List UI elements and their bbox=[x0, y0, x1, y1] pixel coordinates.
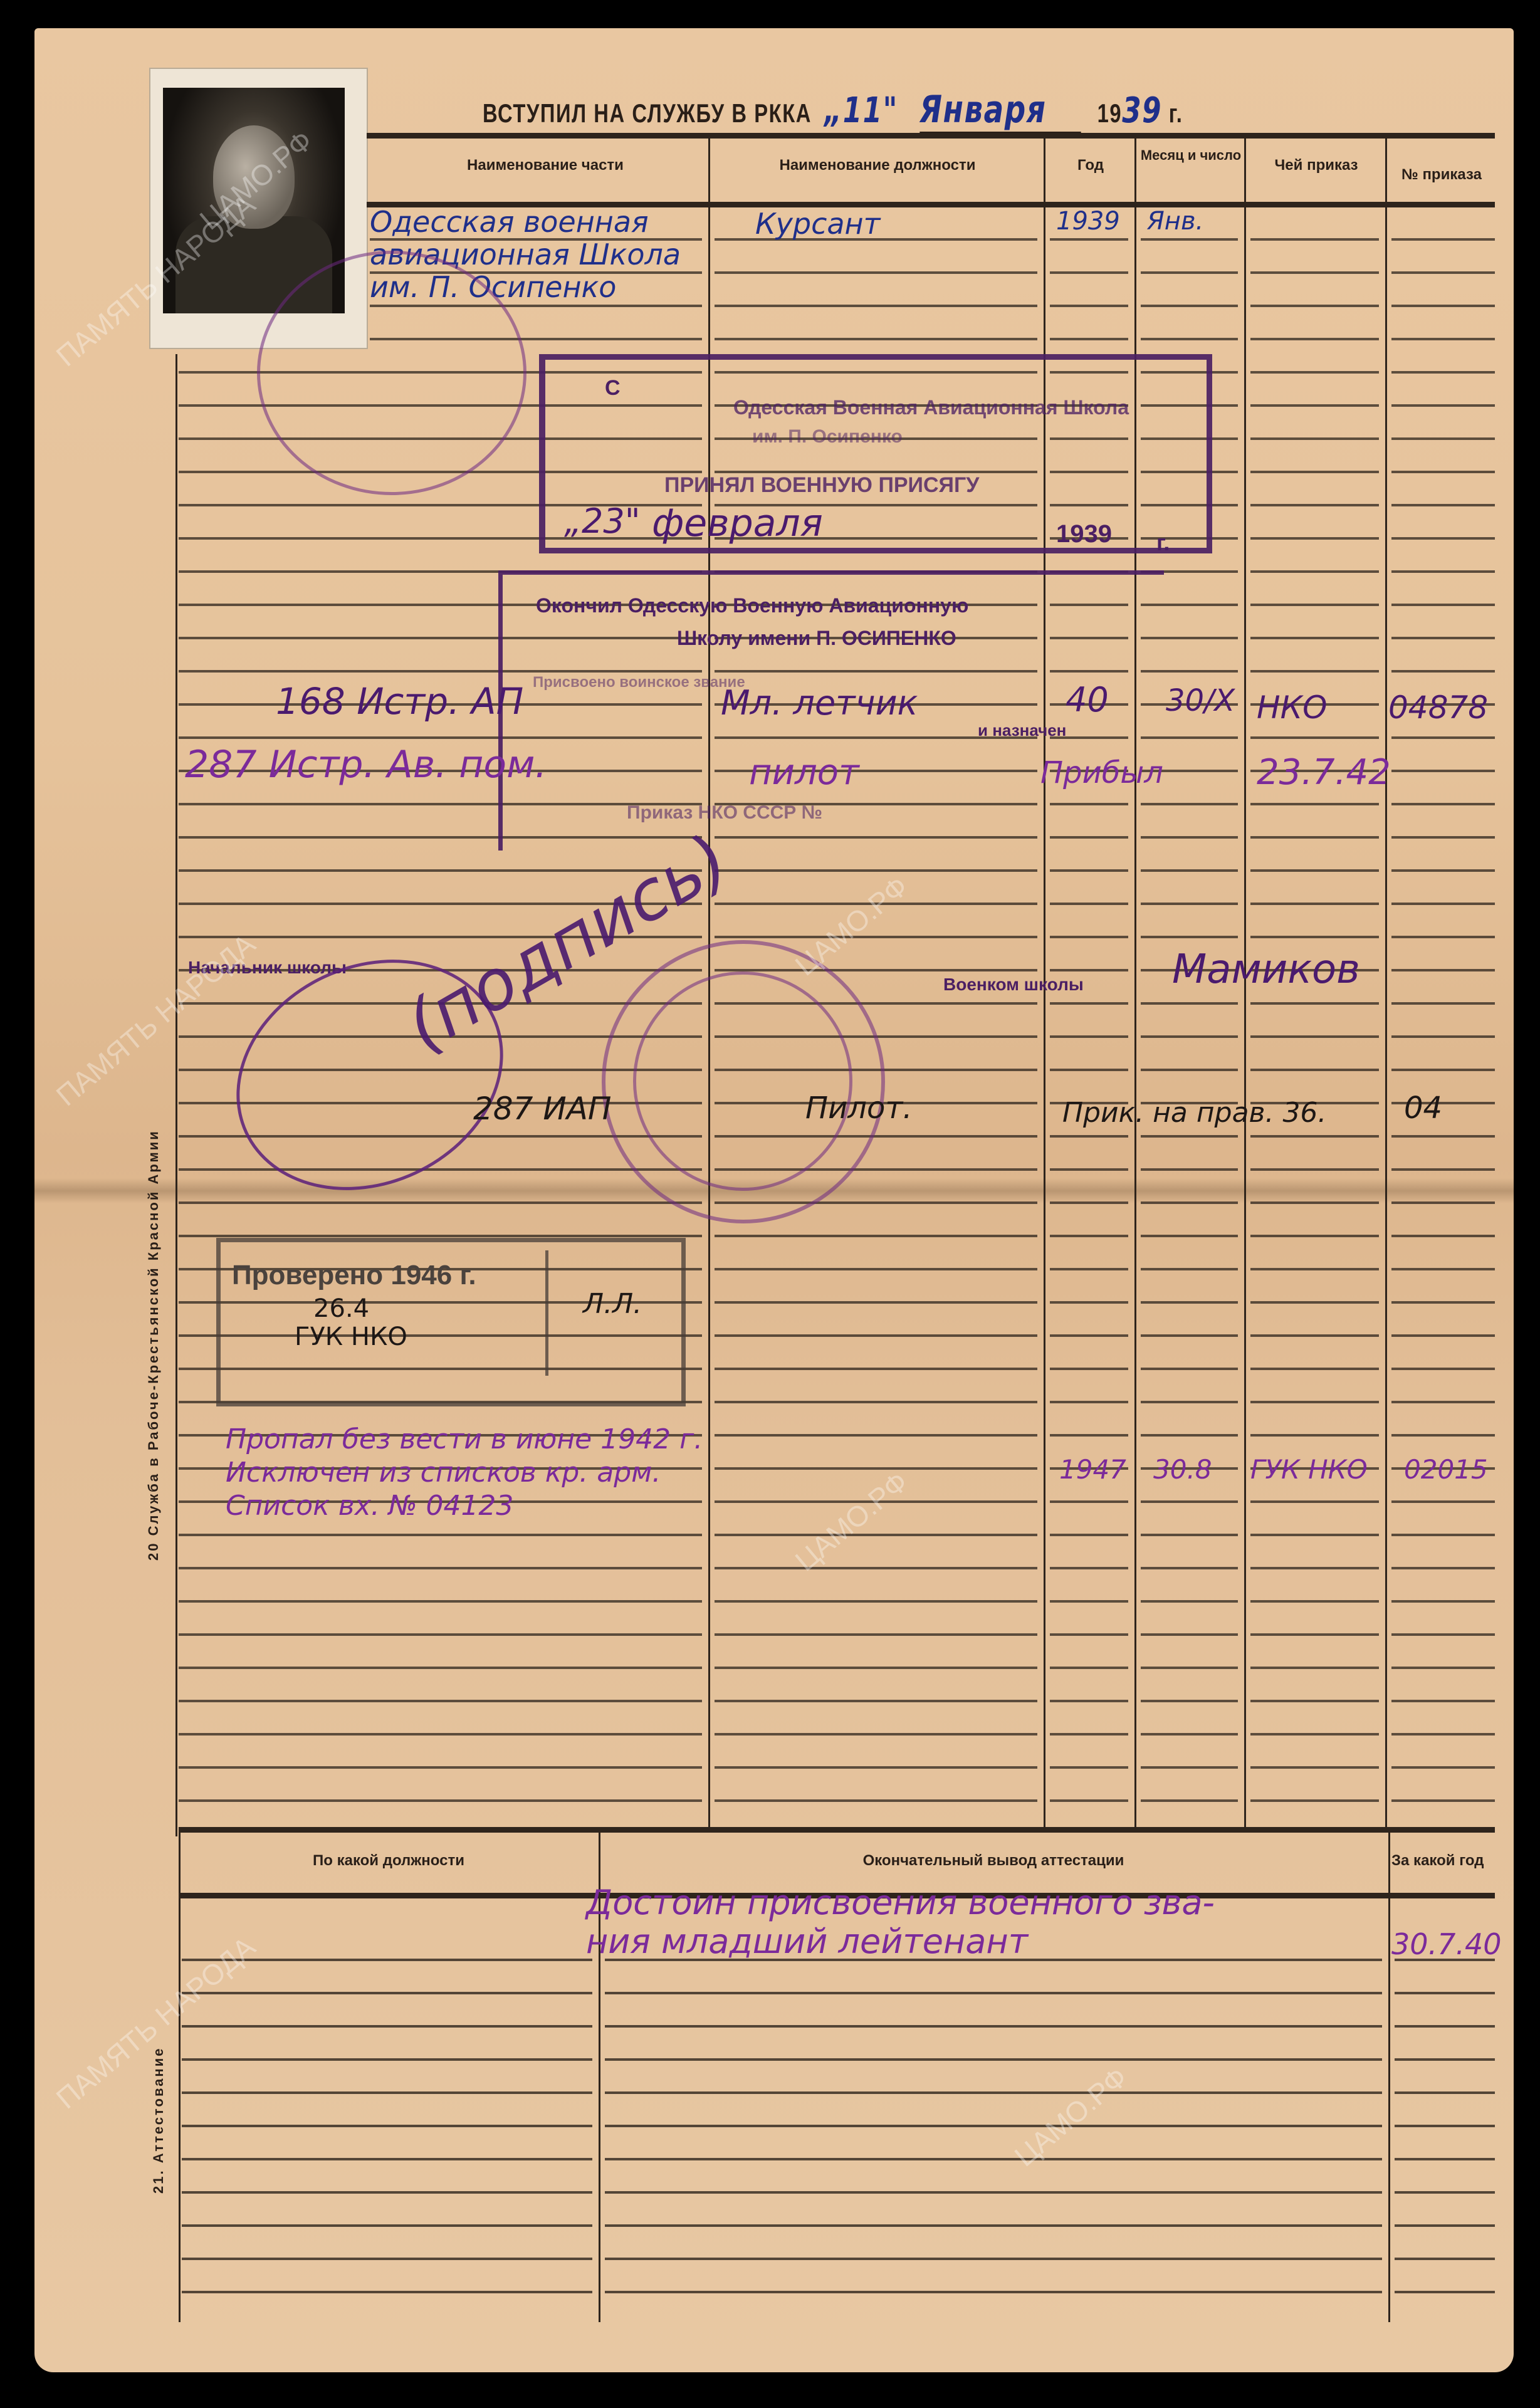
ruled-line bbox=[1141, 1035, 1238, 1038]
missing-order: 02015 bbox=[1404, 1454, 1488, 1485]
ruled-line bbox=[715, 1467, 1037, 1470]
ruled-line bbox=[1141, 1135, 1238, 1138]
oath-year-g: г. bbox=[1156, 530, 1170, 556]
ruled-line bbox=[1250, 504, 1379, 506]
ruled-line bbox=[179, 1700, 702, 1702]
ruled-line bbox=[715, 1567, 1037, 1569]
margin-rule bbox=[175, 354, 177, 1836]
ruled-line bbox=[1141, 305, 1238, 307]
ruled-line bbox=[182, 2058, 592, 2061]
ruled-line bbox=[1050, 1035, 1128, 1038]
ruled-line bbox=[1250, 1201, 1379, 1204]
oath-year: 1939 bbox=[1056, 520, 1112, 548]
title-printed: ВСТУПИЛ НА СЛУЖБУ В РККА bbox=[483, 98, 812, 128]
ruled-line bbox=[1395, 2058, 1495, 2061]
ruled-line bbox=[1250, 1401, 1379, 1403]
ruled-line bbox=[1141, 903, 1238, 905]
ruled-line bbox=[1250, 903, 1379, 905]
ruled-line bbox=[179, 1600, 702, 1603]
ruled-line bbox=[1250, 537, 1379, 540]
ruled-line bbox=[715, 1268, 1037, 1270]
entry-date: Прибыл bbox=[1040, 755, 1163, 790]
ruled-line bbox=[1141, 1567, 1238, 1569]
graduation-line2: Школу имени П. ОСИПЕНКО bbox=[677, 627, 956, 650]
ruled-line bbox=[1250, 371, 1379, 374]
ruled-line bbox=[1250, 1002, 1379, 1005]
ruled-line bbox=[1391, 1235, 1495, 1237]
ruled-line bbox=[179, 1567, 702, 1569]
ruled-line bbox=[1250, 1268, 1379, 1270]
ruled-line bbox=[1391, 1035, 1495, 1038]
ruled-line bbox=[1050, 1168, 1128, 1171]
ruled-line bbox=[1250, 1567, 1379, 1569]
ruled-line bbox=[1050, 1600, 1128, 1603]
ruled-line bbox=[715, 869, 1037, 872]
entry-order: 04 bbox=[1404, 1091, 1442, 1126]
ruled-line bbox=[605, 2025, 1382, 2028]
ruled-line bbox=[1050, 903, 1128, 905]
ruled-line bbox=[605, 2224, 1382, 2227]
ruled-line bbox=[715, 1368, 1037, 1370]
ruled-line bbox=[1391, 1633, 1495, 1636]
entry-month-first: Янв. bbox=[1147, 207, 1203, 236]
ruled-line bbox=[1250, 1069, 1379, 1071]
verified-stamp-line2: 26.4 bbox=[313, 1294, 369, 1323]
ruled-line bbox=[1141, 338, 1238, 340]
attestation-header-year: За какой год bbox=[1391, 1852, 1498, 1870]
title-year-g: г. bbox=[1169, 98, 1183, 128]
ruled-line bbox=[1391, 537, 1495, 540]
ruled-line bbox=[605, 2258, 1382, 2260]
attestation-year: 30.7.40 bbox=[1391, 1927, 1502, 1961]
ruled-line bbox=[1391, 1799, 1495, 1802]
entry-year-first: 1939 bbox=[1056, 207, 1120, 236]
page-title: ВСТУПИЛ НА СЛУЖБУ В РККА „11" Января 193… bbox=[483, 88, 1183, 134]
oath-day: „23" bbox=[564, 501, 641, 541]
ruled-line bbox=[1250, 1667, 1379, 1669]
ruled-line bbox=[1391, 1135, 1495, 1138]
ruled-line bbox=[1050, 1766, 1128, 1769]
ruled-line bbox=[715, 936, 1037, 938]
ruled-line bbox=[1141, 1235, 1238, 1237]
table-top-rule bbox=[367, 133, 1495, 139]
ruled-line bbox=[1391, 1567, 1495, 1569]
ruled-line bbox=[1141, 1268, 1238, 1270]
section-21-label: 21. Аттестование bbox=[150, 2047, 167, 2194]
ruled-line bbox=[715, 1766, 1037, 1769]
ruled-line bbox=[1050, 1135, 1128, 1138]
entry-date: 30/X bbox=[1166, 683, 1235, 718]
ruled-line bbox=[1250, 338, 1379, 340]
ruled-line bbox=[1250, 1235, 1379, 1237]
ruled-line bbox=[715, 1434, 1037, 1437]
ruled-line bbox=[1250, 1301, 1379, 1304]
ruled-line bbox=[1050, 1069, 1128, 1071]
ruled-line bbox=[1050, 1667, 1128, 1669]
commissar-signature: Мамиков bbox=[1172, 946, 1360, 993]
entry-position: Пилот. bbox=[805, 1091, 913, 1126]
attestation-divider-2 bbox=[1388, 1827, 1390, 2322]
ruled-line bbox=[1250, 670, 1379, 673]
ruled-line bbox=[1250, 1135, 1379, 1138]
ruled-line bbox=[1391, 1434, 1495, 1437]
ruled-line bbox=[1141, 1766, 1238, 1769]
ruled-line bbox=[1050, 1401, 1128, 1403]
ruled-line bbox=[1395, 1992, 1495, 1994]
ruled-line bbox=[715, 1633, 1037, 1636]
ruled-line bbox=[1050, 271, 1128, 274]
ruled-line bbox=[1391, 869, 1495, 872]
ruled-line bbox=[1391, 570, 1495, 573]
ruled-line bbox=[179, 1766, 702, 1769]
ruled-line bbox=[1391, 1766, 1495, 1769]
ruled-line bbox=[1250, 1434, 1379, 1437]
ruled-line bbox=[1250, 869, 1379, 872]
ruled-line bbox=[1391, 504, 1495, 506]
ruled-line bbox=[1391, 969, 1495, 971]
ruled-line bbox=[1391, 1368, 1495, 1370]
graduation-line3: Присвоено воинское звание bbox=[533, 674, 745, 691]
attestation-top-rule bbox=[179, 1827, 1495, 1833]
ruled-line bbox=[179, 1733, 702, 1735]
missing-year: 1947 bbox=[1059, 1454, 1126, 1485]
ruled-line bbox=[1250, 1534, 1379, 1536]
ruled-line bbox=[1391, 305, 1495, 307]
ruled-line bbox=[715, 338, 1037, 340]
title-day: „11" bbox=[824, 90, 898, 131]
ruled-line bbox=[1391, 1201, 1495, 1204]
ruled-line bbox=[1250, 305, 1379, 307]
entry-whose: НКО bbox=[1257, 689, 1327, 726]
ruled-line bbox=[1050, 1799, 1128, 1802]
ruled-line bbox=[715, 271, 1037, 274]
ruled-line bbox=[1141, 1733, 1238, 1735]
missing-note-line: Исключен из списков кр. арм. bbox=[226, 1456, 703, 1489]
ruled-line bbox=[179, 1633, 702, 1636]
ruled-line bbox=[1250, 1368, 1379, 1370]
verified-stamp-line1: Проверено 1946 г. bbox=[232, 1260, 476, 1291]
ruled-line bbox=[1250, 238, 1379, 241]
ruled-line bbox=[1050, 1567, 1128, 1569]
ruled-line bbox=[1050, 1733, 1128, 1735]
verified-stamp-initials: Л.Л. bbox=[583, 1288, 642, 1320]
graduation-line1: Окончил Одесскую Военную Авиационную bbox=[536, 594, 968, 617]
ruled-line bbox=[715, 1500, 1037, 1503]
entry-unit: 287 ИАП bbox=[473, 1091, 612, 1127]
ruled-line bbox=[1141, 1799, 1238, 1802]
attestation-header-conclusion: Окончательный вывод аттестации bbox=[602, 1852, 1385, 1870]
entry-unit: 287 Истр. Ав. пом. bbox=[185, 743, 547, 787]
ruled-line bbox=[1141, 238, 1238, 241]
ruled-line bbox=[715, 903, 1037, 905]
section-20-label: 20 Служба в Рабоче-Крестьянской Красной … bbox=[145, 1129, 162, 1561]
ruled-line bbox=[179, 1799, 702, 1802]
ruled-line bbox=[179, 1667, 702, 1669]
verified-stamp-divider bbox=[545, 1250, 548, 1376]
missing-note: Пропал без вести в июне 1942 г. Исключен… bbox=[226, 1423, 703, 1522]
ruled-line bbox=[1141, 1434, 1238, 1437]
entry-year: 40 bbox=[1066, 680, 1109, 720]
ruled-line bbox=[1395, 2291, 1495, 2293]
ruled-line bbox=[1250, 271, 1379, 274]
ruled-line bbox=[1141, 1069, 1238, 1071]
header-order-number: № приказа bbox=[1388, 166, 1495, 184]
ruled-line bbox=[1141, 1334, 1238, 1337]
ruled-line bbox=[1391, 1268, 1495, 1270]
entry-order: 04878 bbox=[1388, 689, 1488, 726]
ruled-line bbox=[1250, 936, 1379, 938]
oath-stamp-line1: С bbox=[605, 376, 621, 400]
ruled-line bbox=[1141, 1667, 1238, 1669]
ruled-line bbox=[1141, 1600, 1238, 1603]
ruled-line bbox=[1141, 1201, 1238, 1204]
ruled-line bbox=[715, 1534, 1037, 1536]
oath-stamp-line2: Одесская Военная Авиационная Школа bbox=[733, 396, 1129, 419]
ruled-line bbox=[1395, 2258, 1495, 2260]
ruled-line bbox=[715, 1799, 1037, 1802]
ruled-line bbox=[182, 2291, 592, 2293]
ruled-line bbox=[715, 305, 1037, 307]
ruled-line bbox=[1141, 1500, 1238, 1503]
ruled-line bbox=[1395, 2025, 1495, 2028]
ruled-line bbox=[1391, 1667, 1495, 1669]
ruled-line bbox=[605, 1992, 1382, 1994]
ruled-line bbox=[1141, 1301, 1238, 1304]
ruled-line bbox=[1250, 437, 1379, 440]
ruled-line bbox=[182, 2091, 592, 2094]
ruled-line bbox=[1391, 1733, 1495, 1735]
ruled-line bbox=[1050, 1500, 1128, 1503]
ruled-line bbox=[715, 1235, 1037, 1237]
ruled-line bbox=[1250, 637, 1379, 639]
ruled-line bbox=[1250, 570, 1379, 573]
ruled-line bbox=[1391, 371, 1495, 374]
ruled-line bbox=[1391, 1069, 1495, 1071]
ruled-line bbox=[1250, 1334, 1379, 1337]
title-month: Января bbox=[919, 88, 1081, 134]
ruled-line bbox=[182, 1959, 592, 1961]
graduation-order-label: Приказ НКО СССР № bbox=[627, 802, 822, 824]
conclusion-line: Достоин присвоения военного зва- bbox=[586, 1883, 1215, 1922]
head-of-school-label: Начальник школы bbox=[188, 958, 347, 978]
ruled-line bbox=[1250, 836, 1379, 839]
entry-whose: 23.7.42 bbox=[1257, 752, 1391, 793]
ruled-line bbox=[1250, 1766, 1379, 1769]
col-divider-5 bbox=[1385, 133, 1387, 1831]
ruled-line bbox=[1050, 1235, 1128, 1237]
ruled-line bbox=[605, 2158, 1382, 2160]
ruled-line bbox=[605, 2191, 1382, 2194]
oath-stamp-line3: им. П. Осипенко bbox=[752, 426, 903, 448]
ruled-line bbox=[1250, 1600, 1379, 1603]
ruled-line bbox=[1391, 936, 1495, 938]
ruled-line bbox=[1395, 2191, 1495, 2194]
ruled-line bbox=[1250, 803, 1379, 805]
ruled-line bbox=[1141, 271, 1238, 274]
header-unit: Наименование части bbox=[389, 157, 702, 174]
ruled-line bbox=[179, 1534, 702, 1536]
ruled-line bbox=[1050, 1700, 1128, 1702]
ruled-line bbox=[182, 2158, 592, 2160]
ruled-line bbox=[605, 2291, 1382, 2293]
unit-line: Одесская военная bbox=[370, 206, 681, 238]
ruled-line bbox=[182, 2125, 592, 2127]
ruled-line bbox=[1141, 1401, 1238, 1403]
ruled-line bbox=[1050, 869, 1128, 872]
ruled-line bbox=[1391, 404, 1495, 407]
ruled-line bbox=[1250, 404, 1379, 407]
ruled-line bbox=[1141, 1368, 1238, 1370]
ruled-line bbox=[1050, 1268, 1128, 1270]
round-stamp-top bbox=[257, 251, 526, 495]
ruled-line bbox=[1050, 1201, 1128, 1204]
ruled-line bbox=[1050, 1534, 1128, 1536]
title-year-suffix: 39 bbox=[1122, 90, 1162, 131]
ruled-line bbox=[715, 1401, 1037, 1403]
ruled-line bbox=[1391, 770, 1495, 772]
ruled-line bbox=[715, 1700, 1037, 1702]
ruled-line bbox=[715, 1600, 1037, 1603]
ruled-line bbox=[1391, 604, 1495, 606]
ruled-line bbox=[1250, 1633, 1379, 1636]
ruled-line bbox=[1391, 1301, 1495, 1304]
ruled-line bbox=[1141, 1700, 1238, 1702]
ruled-line bbox=[1141, 1534, 1238, 1536]
ruled-line bbox=[1050, 969, 1128, 971]
ruled-line bbox=[1391, 1334, 1495, 1337]
ruled-line bbox=[1395, 2125, 1495, 2127]
ruled-line bbox=[1250, 1168, 1379, 1171]
ruled-line bbox=[1050, 1301, 1128, 1304]
missing-whose: ГУК НКО bbox=[1250, 1454, 1368, 1485]
missing-note-line: Список вх. № 04123 bbox=[226, 1489, 703, 1522]
title-year-prefix: 19 bbox=[1097, 98, 1123, 128]
ruled-line bbox=[1391, 803, 1495, 805]
ruled-line bbox=[715, 1334, 1037, 1337]
ruled-line bbox=[179, 1235, 702, 1237]
ruled-line bbox=[1391, 1401, 1495, 1403]
ruled-line bbox=[182, 2191, 592, 2194]
entry-whose: Прик. на прав. 36. bbox=[1062, 1097, 1326, 1129]
ruled-line bbox=[1141, 1002, 1238, 1005]
ruled-line bbox=[182, 1992, 592, 1994]
attestation-conclusion: Достоин присвоения военного зва- ния мла… bbox=[586, 1883, 1215, 1961]
attestation-header-position: По какой должности bbox=[182, 1852, 595, 1870]
missing-note-line: Пропал без вести в июне 1942 г. bbox=[226, 1423, 703, 1456]
ruled-line bbox=[605, 2091, 1382, 2094]
ruled-line bbox=[1141, 869, 1238, 872]
ruled-line bbox=[1391, 1534, 1495, 1536]
attestation-margin-rule bbox=[179, 1827, 181, 2322]
ruled-line bbox=[1250, 736, 1379, 739]
ruled-line bbox=[1250, 471, 1379, 473]
ruled-line bbox=[1050, 1368, 1128, 1370]
verified-stamp-line3: ГУК НКО bbox=[295, 1322, 407, 1351]
ruled-line bbox=[1391, 437, 1495, 440]
ruled-line bbox=[1391, 670, 1495, 673]
ruled-line bbox=[715, 1301, 1037, 1304]
ruled-line bbox=[1391, 1600, 1495, 1603]
ruled-line bbox=[1050, 238, 1128, 241]
ruled-line bbox=[179, 1201, 702, 1204]
header-position: Наименование должности bbox=[715, 157, 1040, 174]
ruled-line bbox=[182, 2025, 592, 2028]
ruled-line bbox=[1050, 305, 1128, 307]
ruled-line bbox=[1050, 338, 1128, 340]
entry-position: Мл. летчик bbox=[721, 683, 918, 723]
header-year: Год bbox=[1047, 157, 1134, 174]
ruled-line bbox=[182, 2224, 592, 2227]
oath-stamp-line4: ПРИНЯЛ ВОЕННУЮ ПРИСЯГУ bbox=[664, 473, 979, 498]
ruled-line bbox=[1250, 1035, 1379, 1038]
ruled-line bbox=[1050, 936, 1128, 938]
ruled-line bbox=[1395, 2158, 1495, 2160]
conclusion-line: ния младший лейтенант bbox=[586, 1922, 1215, 1961]
ruled-line bbox=[1391, 1700, 1495, 1702]
ruled-line bbox=[1250, 1500, 1379, 1503]
header-whose-order: Чей приказ bbox=[1247, 157, 1385, 174]
ruled-line bbox=[1395, 2224, 1495, 2227]
ruled-line bbox=[1391, 836, 1495, 839]
ruled-line bbox=[1250, 604, 1379, 606]
ruled-line bbox=[1141, 936, 1238, 938]
oath-month: февраля bbox=[652, 501, 823, 545]
ruled-line bbox=[1050, 1002, 1128, 1005]
ruled-line bbox=[1391, 338, 1495, 340]
ruled-line bbox=[1391, 1500, 1495, 1503]
ruled-line bbox=[179, 1168, 702, 1171]
ruled-line bbox=[715, 1733, 1037, 1735]
ruled-line bbox=[1391, 271, 1495, 274]
header-month-day: Месяц и число bbox=[1138, 147, 1244, 164]
ruled-line bbox=[1050, 1633, 1128, 1636]
ruled-line bbox=[605, 2058, 1382, 2061]
ruled-line bbox=[1050, 1434, 1128, 1437]
ruled-line bbox=[1250, 1700, 1379, 1702]
ruled-line bbox=[1391, 471, 1495, 473]
ruled-line bbox=[1391, 1168, 1495, 1171]
entry-position-first: Курсант bbox=[755, 207, 880, 241]
entry-position: пилот bbox=[749, 752, 859, 793]
ruled-line bbox=[1395, 2091, 1495, 2094]
photo-face bbox=[213, 125, 295, 229]
ruled-line bbox=[715, 1667, 1037, 1669]
ruled-line bbox=[1391, 637, 1495, 639]
ruled-line bbox=[1250, 1733, 1379, 1735]
round-seal-inner bbox=[633, 971, 852, 1191]
commissar-label: Военком школы bbox=[943, 975, 1084, 995]
ruled-line bbox=[1391, 903, 1495, 905]
entry-unit: 168 Истр. АП bbox=[276, 680, 523, 723]
missing-date: 30.8 bbox=[1153, 1454, 1212, 1485]
ruled-line bbox=[1391, 238, 1495, 241]
ruled-line bbox=[1141, 1633, 1238, 1636]
graduation-assigned-label: и назначен bbox=[978, 721, 1066, 740]
ruled-line bbox=[605, 2125, 1382, 2127]
ruled-line bbox=[1391, 736, 1495, 739]
ruled-line bbox=[1250, 1799, 1379, 1802]
ruled-line bbox=[1050, 1334, 1128, 1337]
ruled-line bbox=[182, 2258, 592, 2260]
ruled-line bbox=[1141, 1168, 1238, 1171]
ruled-line bbox=[1391, 1002, 1495, 1005]
